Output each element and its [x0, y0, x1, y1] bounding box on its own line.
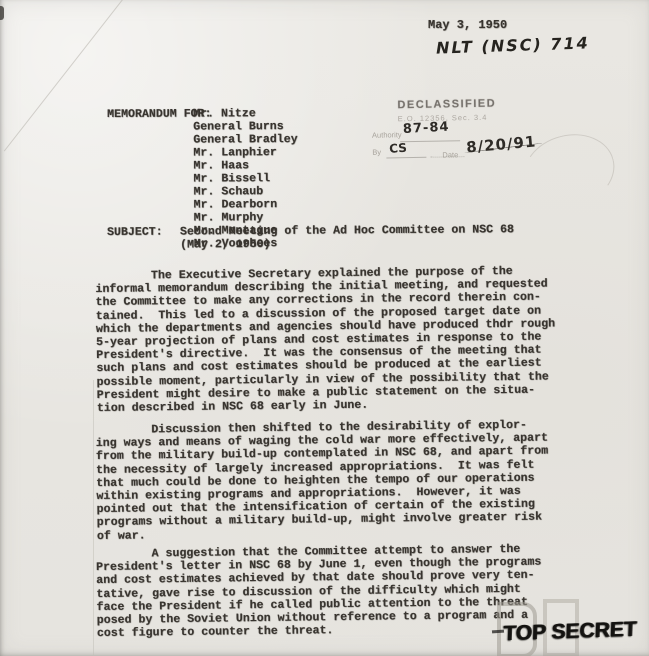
- scanned-memo-page: May 3, 1950 NLT (NSC) 714 MEMORANDUM FOR…: [0, 0, 649, 656]
- top-secret-stamp: TOP SECRET: [503, 618, 637, 647]
- recipient: General Burns: [193, 120, 297, 134]
- subject-block: SUBJECT: Second Meeting of the Ad Hoc Co…: [107, 223, 514, 252]
- recipient: Mr. Bissell: [193, 172, 297, 186]
- recipient: Mr. Haas: [193, 159, 297, 173]
- authority-label: Authority: [372, 130, 402, 140]
- recipient: Mr. Murphy: [194, 211, 298, 225]
- recipient: Mr. Dearborn: [194, 198, 298, 212]
- subject-text: Second Meeting of the Ad Hoc Committee o…: [180, 223, 514, 252]
- stamp-date-label: Date: [442, 150, 458, 159]
- paragraph-1: The Executive Secretary explained the pu…: [95, 264, 572, 415]
- by-label: By: [372, 148, 381, 157]
- recipient: Mr. Nitze: [193, 107, 297, 121]
- recipient: Mr. Schaub: [194, 185, 298, 199]
- authority-underline: [400, 140, 460, 142]
- authority-handwritten-value: 87-84: [403, 120, 450, 137]
- scan-edge-speck: [0, 6, 4, 20]
- recipient: Mr. Lanphier: [193, 146, 297, 160]
- memo-date: May 3, 1950: [428, 18, 507, 32]
- by-handwritten-initials: CS: [389, 141, 408, 156]
- by-underline: [386, 157, 426, 159]
- subject-label: SUBJECT:: [107, 225, 180, 252]
- declassified-stamp-title: DECLASSIFIED: [397, 98, 496, 112]
- paper-crease-left: [93, 380, 94, 656]
- subject-line: (May 2, 1950): [180, 236, 514, 252]
- subject-line: Second Meeting of the Ad Hoc Committee o…: [180, 223, 514, 239]
- paragraph-2: Discussion then shifted to the desirabil…: [96, 418, 572, 543]
- recipient: General Bradley: [193, 133, 297, 147]
- handwritten-document-number: NLT (NSC) 714: [436, 33, 590, 57]
